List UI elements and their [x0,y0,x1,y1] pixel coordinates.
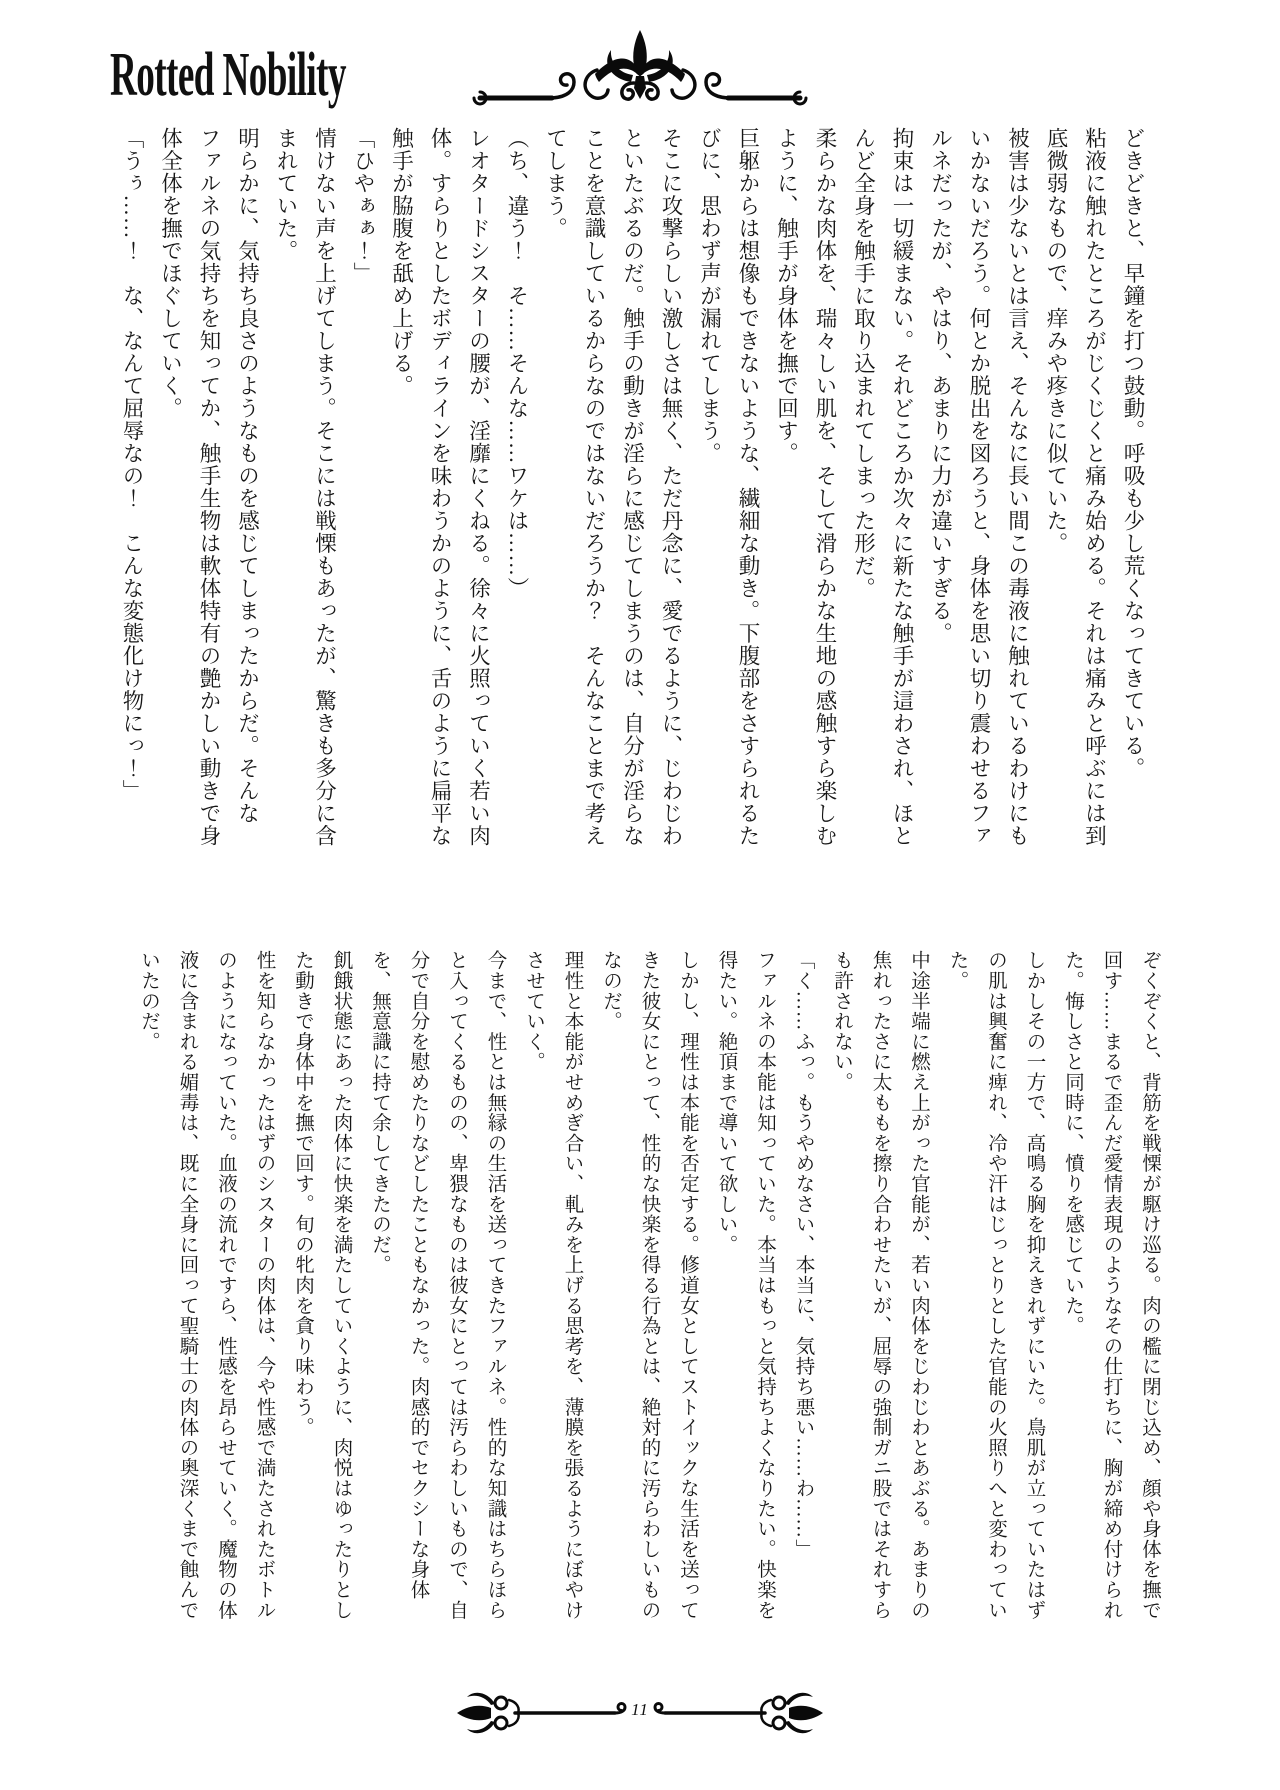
page-root: Rotted Nobility どきどきと、早鐘を打つ鼓動。呼吸も少し荒くなって… [0,0,1280,1790]
paragraph: ぞくぞくと、背筋を戦慄が駆け巡る。肉の檻に閉じ込め、顔や身体を撫で回す……まるで… [1053,950,1169,1626]
paragraph: 「ひやぁぁ！」 [344,127,383,869]
paragraph: （ち、違う！ そ……そんな……ワケは……） [498,127,537,869]
paragraph: 被害は少ないとは言え、そんなに長い間この毒液に触れているわけにもいかないだろう。… [921,127,1037,869]
paragraph: 情けない声を上げてしまう。そこには戦慄もあったが、驚きも多分に含まれていた。 [267,127,344,869]
paragraph: 中途半端に燃え上がった官能が、若い肉体をじわじわとあぶる。あまりの焦れったさに太… [822,950,938,1626]
paragraph: 巨躯からは想像もできないような、繊細な動き。下腹部をさすられるたびに、思わず声が… [690,127,767,869]
paragraph: 飢餓状態にあった肉体に快楽を満たしていくように、肉悦はゆったりとした動きで身体中… [283,950,360,1626]
text-block-bottom: ぞくぞくと、背筋を戦慄が駆け巡る。肉の檻に閉じ込め、顔や身体を撫で回す……まるで… [129,950,1169,1626]
paragraph: 「く……ふっ。もうやめなさい、本当に、気持ち悪い……わ……」 [783,950,822,1626]
paragraph: ファルネの本能は知っていた。本当はもっと気持ちよくなりたい。快楽を得たい。絶頂ま… [706,950,783,1626]
paragraph: 粘液に触れたところがじくじくと痛み始める。それは痛みと呼ぶには到底微弱なもので、… [1037,127,1114,869]
paragraph: 性を知らなかったはずのシスターの肉体は、今や性感で満たされたボトルのようになって… [129,950,283,1626]
paragraph: どきどきと、早鐘を打つ鼓動。呼吸も少し荒くなってきている。 [1114,127,1153,869]
paragraph: レオタードシスターの腰が、淫靡にくねる。徐々に火照っていく若い肉体。すらりとした… [382,127,498,869]
paragraph: 拘束は一切緩まない。それどころか次々に新たな触手が這わされ、ほとんど全身を触手に… [844,127,921,869]
paragraph: 今まで、性とは無縁の生活を送ってきたファルネ。性的な知識はちらほらと入ってくるも… [360,950,514,1626]
paragraph: しかしその一方で、高鳴る胸を抑えきれずにいた。鳥肌が立っていたはずの肌は興奮に痺… [937,950,1053,1626]
paragraph: 理性と本能がせめぎ合い、軋みを上げる思考を、薄膜を張るようにぼやけさせていく。 [514,950,591,1626]
page-number: 11 [600,1700,680,1720]
paragraph: 「うぅ……！ な、なんて屈辱なの！ こんな変態化け物にっ！」 [113,127,152,869]
fleur-divider-icon [460,24,820,108]
paragraph: 柔らかな肉体を、瑞々しい肌を、そして滑らかな生地の感触すら楽しむように、触手が身… [767,127,844,869]
paragraph: そこに攻撃らしい激しさは無く、ただ丹念に、愛でるように、じわじわといたぶるのだ。… [536,127,690,869]
text-block-top: どきどきと、早鐘を打つ鼓動。呼吸も少し荒くなってきている。粘液に触れたところがじ… [113,127,1153,869]
page-title: Rotted Nobility [110,40,346,111]
paragraph: 明らかに、気持ち良さのようなものを感じてしまったからだ。そんなファルネの気持ちを… [151,127,267,869]
paragraph: しかし、理性は本能を否定する。修道女としてストイックな生活を送ってきた彼女にとっ… [591,950,707,1626]
